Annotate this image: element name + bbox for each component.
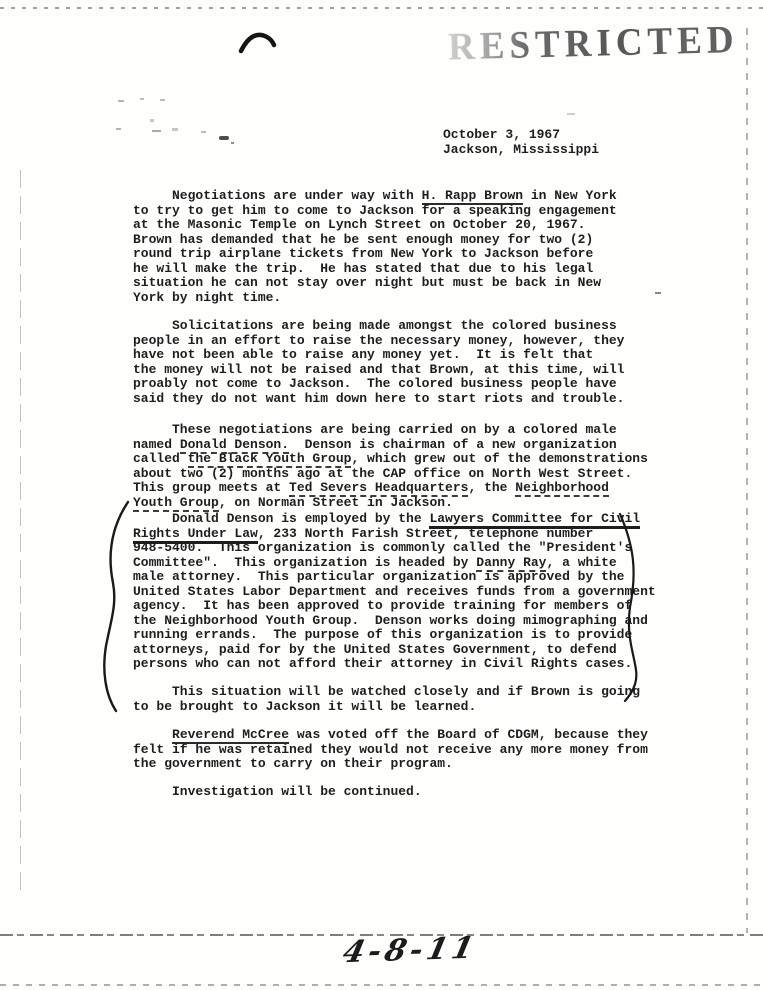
scan-edge-left — [20, 170, 21, 890]
text-line: proably not come to Jackson. The colored… — [133, 377, 624, 392]
text-line: York by night time. — [133, 291, 617, 306]
text-line: people in an effort to raise the necessa… — [133, 334, 624, 349]
scan-speck — [116, 128, 121, 130]
text-line: 948-5400. This organization is commonly … — [133, 541, 656, 556]
text-line: said they do not want him down here to s… — [133, 392, 624, 407]
scan-speck — [152, 130, 161, 132]
text-line: male attorney. This particular organizat… — [133, 570, 656, 585]
scan-edge-bottom-outer — [0, 984, 763, 986]
text-line: about two (2) months ago at the CAP offi… — [133, 467, 648, 482]
text-line: These negotiations are being carried on … — [133, 423, 648, 438]
text-line: Negotiations are under way with H. Rapp … — [133, 189, 617, 204]
text-line: the Neighborhood Youth Group. Denson wor… — [133, 614, 656, 629]
text-line: This situation will be watched closely a… — [133, 685, 640, 700]
text-line: to try to get him to come to Jackson for… — [133, 204, 617, 219]
date-text: October 3, 1967 — [443, 127, 599, 142]
text-line: Brown has demanded that he be sent enoug… — [133, 233, 617, 248]
text-line: called the Black Youth Group, which grew… — [133, 452, 648, 467]
ink-blot — [219, 136, 229, 140]
paragraph-denson-group: These negotiations are being carried on … — [133, 423, 648, 510]
text-line: Rights Under Law, 233 North Farish Stree… — [133, 527, 656, 542]
underlined-phrase: Youth Group — [133, 495, 219, 512]
text-line: felt if he was retained they would not r… — [133, 743, 648, 758]
text-line: the government to carry on their program… — [133, 757, 648, 772]
text-line: to be brought to Jackson it will be lear… — [133, 700, 640, 715]
handwritten-arc-mark — [238, 28, 278, 54]
text-line: have not been able to raise any money ye… — [133, 348, 624, 363]
text-line: Committee". This organization is headed … — [133, 556, 656, 571]
text-line: agency. It has been approved to provide … — [133, 599, 656, 614]
text-line: Reverend McCree was voted off the Board … — [133, 728, 648, 743]
text-line: round trip airplane tickets from New Yor… — [133, 247, 617, 262]
paragraph-lawyers-committee: Donald Denson is employed by the Lawyers… — [133, 512, 656, 672]
text-line: United States Labor Department and recei… — [133, 585, 656, 600]
underlined-phrase: Neighborhood — [515, 480, 609, 497]
scan-speck — [231, 142, 234, 144]
scan-speck — [160, 99, 165, 101]
text-line: Youth Group, on Norman Street in Jackson… — [133, 496, 648, 511]
dateline-block: October 3, 1967 Jackson, Mississippi — [443, 127, 599, 157]
scanned-document-page: RESTRICTED October 3, 1967 Jackson, Miss… — [0, 0, 763, 990]
text-line: Investigation will be continued. — [133, 785, 422, 800]
paragraph-investigation: Investigation will be continued. — [133, 785, 422, 800]
scan-speck — [140, 98, 144, 100]
text-line: he will make the trip. He has stated tha… — [133, 262, 617, 277]
scan-speck — [567, 113, 575, 115]
scan-speck — [150, 119, 154, 122]
scan-edge-top — [0, 7, 763, 9]
scan-speck — [201, 131, 206, 133]
restricted-stamp: RESTRICTED — [447, 17, 748, 70]
text-line: attorneys, paid for by the United States… — [133, 643, 656, 658]
text-line: the money will not be raised and that Br… — [133, 363, 624, 378]
location-text: Jackson, Mississippi — [443, 142, 599, 157]
paragraph-negotiations: Negotiations are under way with H. Rapp … — [133, 189, 617, 305]
scan-speck — [118, 100, 124, 102]
scan-speck — [172, 128, 178, 131]
left-margin-bracket-mark — [98, 498, 132, 716]
scan-speck — [655, 292, 661, 294]
text-line: This group meets at Ted Severs Headquart… — [133, 481, 648, 496]
paragraph-mccree-cdgm: Reverend McCree was voted off the Board … — [133, 728, 648, 772]
text-line: Solicitations are being made amongst the… — [133, 319, 624, 334]
paragraph-watch-closely: This situation will be watched closely a… — [133, 685, 640, 714]
text-line: at the Masonic Temple on Lynch Street on… — [133, 218, 617, 233]
text-line: situation he can not stay over night but… — [133, 276, 617, 291]
text-line: Donald Denson is employed by the Lawyers… — [133, 512, 656, 527]
handwritten-page-number: 4-8-11 — [340, 931, 481, 971]
text-line: named Donald Denson. Denson is chairman … — [133, 438, 648, 453]
text-line: persons who can not afford their attorne… — [133, 657, 656, 672]
scan-edge-right — [746, 28, 748, 933]
paragraph-solicitations: Solicitations are being made amongst the… — [133, 319, 624, 406]
text-line: running errands. The purpose of this org… — [133, 628, 656, 643]
